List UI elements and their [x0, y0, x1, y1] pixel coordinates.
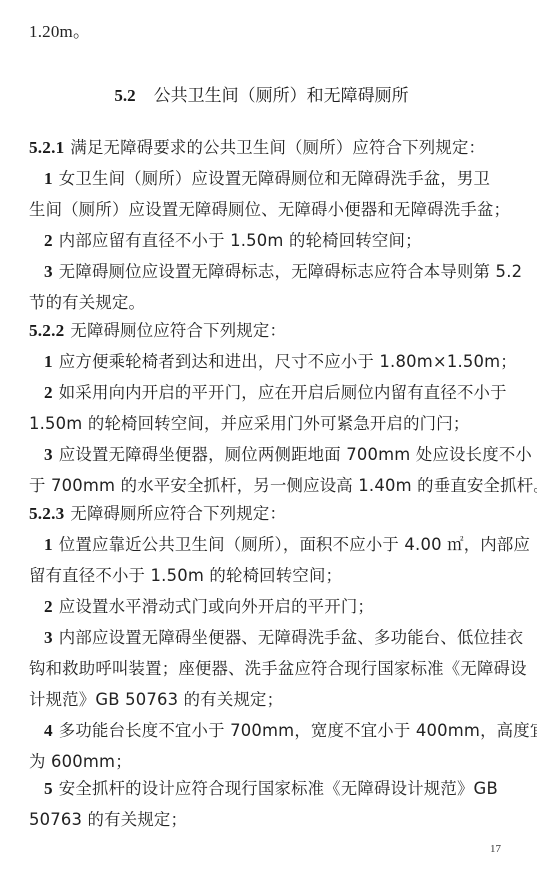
- item-number: 4: [44, 721, 53, 740]
- clause-text: 满足无障碍要求的公共卫生间（厕所）应符合下列规定：: [70, 138, 485, 157]
- clause-item: 4多功能台长度不宜小于 700mm，宽度不宜小于 400mm，高度宜: [44, 721, 537, 741]
- item-text: 计规范》GB 50763 的有关规定；: [29, 690, 283, 709]
- clause-5-2-3: 5.2.3无障碍厕所应符合下列规定：: [29, 504, 286, 524]
- clause-item: 1女卫生间（厕所）应设置无障碍厕位和无障碍洗手盆，男卫: [44, 169, 490, 189]
- item-text: 无障碍厕位应设置无障碍标志，无障碍标志应符合本导则第 5.2: [59, 262, 522, 281]
- clause-item: 1位置应靠近公共卫生间（厕所），面积不应小于 4.00 ㎡，内部应: [44, 535, 530, 555]
- clause-item: 3无障碍厕位应设置无障碍标志，无障碍标志应符合本导则第 5.2: [44, 262, 522, 282]
- item-text: 多功能台长度不宜小于 700mm，宽度不宜小于 400mm，高度宜: [59, 721, 537, 740]
- item-number: 1: [44, 352, 53, 371]
- item-text: 安全抓杆的设计应符合现行国家标准《无障碍设计规范》GB: [59, 779, 498, 798]
- item-number: 5: [44, 779, 53, 798]
- item-text: 如采用向内开启的平开门，应在开启后厕位内留有直径不小于: [59, 383, 507, 402]
- item-text: 生间（厕所）应设置无障碍厕位、无障碍小便器和无障碍洗手盆；: [29, 200, 510, 219]
- item-number: 2: [44, 597, 53, 616]
- item-text: 节的有关规定。: [29, 293, 145, 312]
- clause-item-continuation: 为 600mm；: [29, 752, 132, 772]
- page-number: 17: [490, 843, 501, 855]
- clause-item: 1应方便乘轮椅者到达和进出，尺寸不应小于 1.80m×1.50m；: [44, 352, 517, 372]
- clause-item-continuation: 留有直径不小于 1.50m 的轮椅回转空间；: [29, 566, 342, 586]
- clause-text: 无障碍厕所应符合下列规定：: [70, 504, 286, 523]
- clause-item-continuation: 节的有关规定。: [29, 293, 145, 313]
- item-number: 2: [44, 383, 53, 402]
- clause-item: 2如采用向内开启的平开门，应在开启后厕位内留有直径不小于: [44, 383, 507, 403]
- item-text: 应设置无障碍坐便器，厕位两侧距地面 700mm 处应设长度不小: [59, 445, 532, 464]
- clause-item-continuation: 1.50m 的轮椅回转空间，并应采用门外可紧急开启的门闩；: [29, 414, 469, 434]
- clause-item-continuation: 于 700mm 的水平安全抓杆，另一侧应设高 1.40m 的垂直安全抓杆。: [29, 476, 537, 496]
- clause-5-2-2: 5.2.2无障碍厕位应符合下列规定：: [29, 321, 286, 341]
- item-text: 内部应留有直径不小于 1.50m 的轮椅回转空间；: [59, 231, 422, 250]
- clause-5-2-1: 5.2.1满足无障碍要求的公共卫生间（厕所）应符合下列规定：: [29, 138, 485, 158]
- item-number: 2: [44, 231, 53, 250]
- item-text: 留有直径不小于 1.50m 的轮椅回转空间；: [29, 566, 342, 585]
- clause-item-continuation: 生间（厕所）应设置无障碍厕位、无障碍小便器和无障碍洗手盆；: [29, 200, 510, 220]
- clause-number: 5.2.1: [29, 138, 64, 157]
- item-number: 3: [44, 262, 53, 281]
- item-text: 女卫生间（厕所）应设置无障碍厕位和无障碍洗手盆，男卫: [59, 169, 490, 188]
- section-number: 5.2: [114, 86, 135, 105]
- clause-item: 3应设置无障碍坐便器，厕位两侧距地面 700mm 处应设长度不小: [44, 445, 532, 465]
- continuation-text: 1.20m。: [29, 22, 90, 42]
- clause-text: 无障碍厕位应符合下列规定：: [70, 321, 286, 340]
- clause-item: 3内部应设置无障碍坐便器、无障碍洗手盆、多功能台、低位挂衣: [44, 628, 523, 648]
- clause-number: 5.2.3: [29, 504, 64, 523]
- item-text: 内部应设置无障碍坐便器、无障碍洗手盆、多功能台、低位挂衣: [59, 628, 524, 647]
- item-text: 应设置水平滑动式门或向外开启的平开门；: [59, 597, 374, 616]
- clause-item-continuation: 钩和救助呼叫装置；座便器、洗手盆应符合现行国家标准《无障碍设: [29, 659, 527, 679]
- section-heading: 5.2公共卫生间（厕所）和无障碍厕所: [0, 81, 537, 106]
- item-text: 钩和救助呼叫装置；座便器、洗手盆应符合现行国家标准《无障碍设: [29, 659, 527, 678]
- item-number: 3: [44, 445, 53, 464]
- item-text: 1.50m 的轮椅回转空间，并应采用门外可紧急开启的门闩；: [29, 414, 469, 433]
- clause-item: 2内部应留有直径不小于 1.50m 的轮椅回转空间；: [44, 231, 422, 251]
- item-number: 1: [44, 169, 53, 188]
- item-text: 于 700mm 的水平安全抓杆，另一侧应设高 1.40m 的垂直安全抓杆。: [29, 476, 537, 495]
- clause-item-continuation: 计规范》GB 50763 的有关规定；: [29, 690, 283, 710]
- item-text: 50763 的有关规定；: [29, 810, 187, 829]
- item-number: 1: [44, 535, 53, 554]
- clause-item: 5安全抓杆的设计应符合现行国家标准《无障碍设计规范》GB: [44, 779, 498, 799]
- clause-item: 2应设置水平滑动式门或向外开启的平开门；: [44, 597, 374, 617]
- clause-item-continuation: 50763 的有关规定；: [29, 810, 187, 830]
- item-text: 位置应靠近公共卫生间（厕所），面积不应小于 4.00 ㎡，内部应: [59, 535, 530, 554]
- item-text: 为 600mm；: [29, 752, 132, 771]
- item-text: 应方便乘轮椅者到达和进出，尺寸不应小于 1.80m×1.50m；: [59, 352, 517, 371]
- section-title: 公共卫生间（厕所）和无障碍厕所: [154, 86, 409, 106]
- item-number: 3: [44, 628, 53, 647]
- clause-number: 5.2.2: [29, 321, 64, 340]
